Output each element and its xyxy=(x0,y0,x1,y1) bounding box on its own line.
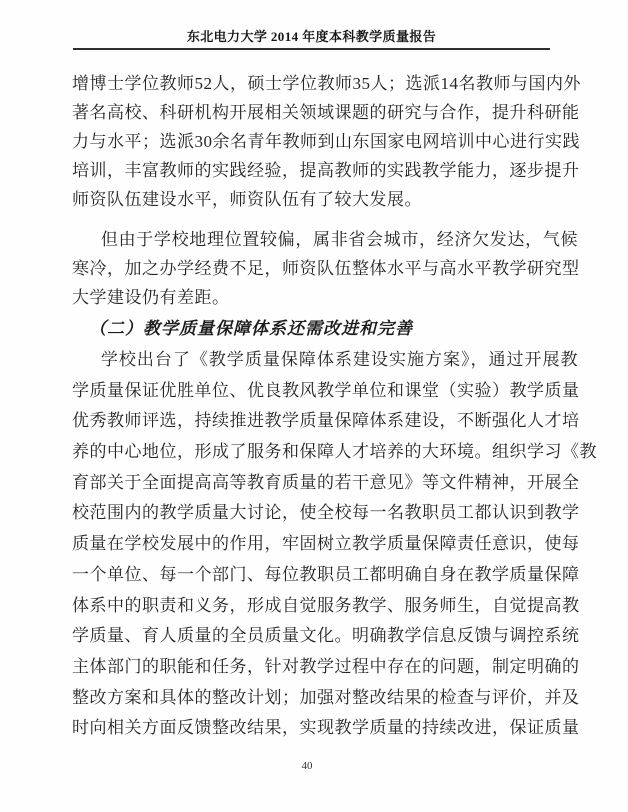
text-line: 培训，丰富教师的实践经验，提高教师的实践教学能力，逐步提升 xyxy=(72,156,578,185)
text-line: 质量在学校发展中的作用，牢固树立教学质量保障责任意识，使每 xyxy=(72,529,578,560)
paragraph-3: 学校出台了《教学质量保障体系建设实施方案》，通过开展教 学质量保证优胜单位、优良… xyxy=(72,345,578,744)
text-line: 力与水平；选派30余名青年教师到山东国家电网培训中心进行实践 xyxy=(72,127,578,156)
text-line: 学校出台了《教学质量保障体系建设实施方案》，通过开展教 xyxy=(72,345,578,376)
header-title: 东北电力大学 2014 年度本科教学质量报告 xyxy=(73,0,550,44)
paragraph-2: 但由于学校地理位置较偏，属非省会城市，经济欠发达，气候 寒冷，加之办学经费不足，… xyxy=(72,225,578,312)
body-content: 增博士学位教师52人，硕士学位教师35人；选派14名教师与国内外 著名高校、科研… xyxy=(72,69,578,744)
text-line: 时向相关方面反馈整改结果，实现教学质量的持续改进，保证质量 xyxy=(72,713,578,744)
text-line: 学质量、育人质量的全员质量文化。明确教学信息反馈与调控系统 xyxy=(72,621,578,652)
text-line: 优秀教师评选，持续推进教学质量保障体系建设，不断强化人才培 xyxy=(72,406,578,437)
text-line: 师资队伍建设水平，师资队伍有了较大发展。 xyxy=(72,185,578,214)
paragraph-1: 增博士学位教师52人，硕士学位教师35人；选派14名教师与国内外 著名高校、科研… xyxy=(72,69,578,214)
text-line: 育部关于全面提高高等教育质量的若干意见》等文件精神，开展全 xyxy=(72,468,578,499)
page-header: 东北电力大学 2014 年度本科教学质量报告 xyxy=(73,0,550,50)
document-page: 东北电力大学 2014 年度本科教学质量报告 增博士学位教师52人，硕士学位教师… xyxy=(0,0,628,812)
section-heading: （二）教学质量保障体系还需改进和完善 xyxy=(72,314,578,343)
text-line: 著名高校、科研机构开展相关领域课题的研究与合作，提升科研能 xyxy=(72,98,578,127)
header-divider xyxy=(73,48,550,50)
text-line: 养的中心地位，形成了服务和保障人才培养的大环境。组织学习《教 xyxy=(72,437,578,468)
text-line: 体系中的职责和义务，形成自觉服务教学、服务师生，自觉提高教 xyxy=(72,591,578,622)
text-line: 学质量保证优胜单位、优良教风教学单位和课堂（实验）教学质量 xyxy=(72,376,578,407)
text-line: 寒冷，加之办学经费不足，师资队伍整体水平与高水平教学研究型 xyxy=(72,254,578,283)
text-line: 校范围内的教学质量大讨论，使全校每一名教职员工都认识到教学 xyxy=(72,498,578,529)
text-line: 主体部门的职能和任务，针对教学过程中存在的问题，制定明确的 xyxy=(72,652,578,683)
text-line: 增博士学位教师52人，硕士学位教师35人；选派14名教师与国内外 xyxy=(72,69,578,98)
page-number: 40 xyxy=(302,760,313,772)
text-line: 但由于学校地理位置较偏，属非省会城市，经济欠发达，气候 xyxy=(72,225,578,254)
text-line: 一个单位、每一个部门、每位教职员工都明确自身在教学质量保障 xyxy=(72,560,578,591)
text-line: 大学建设仍有差距。 xyxy=(72,283,578,312)
text-line: 整改方案和具体的整改计划；加强对整改结果的检查与评价，并及 xyxy=(72,683,578,714)
